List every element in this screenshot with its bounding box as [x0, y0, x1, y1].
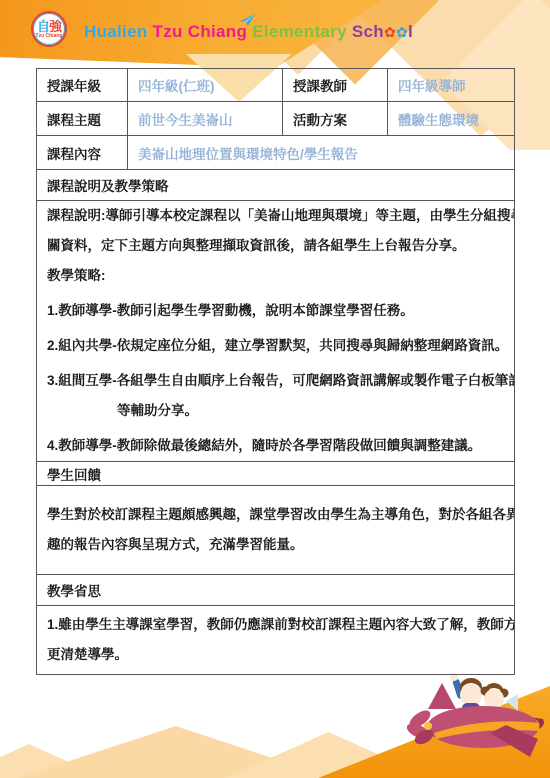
field-value-content: 美崙山地理位置與環境特色/學生報告 — [128, 136, 515, 170]
section-header-reflection: 教學省思 — [37, 575, 515, 606]
school-logo-icon: 自強 Tzu Chiang — [31, 11, 67, 47]
airplane-kids-illustration — [398, 667, 548, 762]
school-name-word: Tzu — [153, 22, 183, 41]
field-label-teacher: 授課教師 — [283, 69, 388, 102]
table-row: 授課年級 四年級(仁班) 授課教師 四年級導師 — [37, 69, 515, 102]
page: { "header": { "school_name": { "word1": … — [0, 0, 550, 778]
flower-icon: ✿ — [396, 24, 408, 40]
table-row: 學生回饋 — [37, 462, 515, 486]
school-name-word: Sch✿✿l — [352, 22, 413, 41]
flower-icon: ✿ — [384, 24, 396, 40]
field-label-grade: 授課年級 — [37, 69, 128, 102]
table-row: 1.雖由學生主導課室學習，教師仍應課前對校訂課程主題內容大致了解，教師方能 更清… — [37, 606, 515, 675]
section-header-strategy: 課程說明及教學策略 — [37, 170, 515, 201]
feedback-line: 趣的報告內容與呈現方式，充滿學習能量。 — [47, 530, 504, 560]
reflection-line: 更清楚導學。 — [47, 640, 504, 670]
table-row: 教學省思 — [37, 575, 515, 606]
strategy-line: 課程說明:導師引導本校定課程以「美崙山地理與環境」等主題，由學生分組搜尋相 — [47, 201, 504, 231]
school-logo-subtext: Tzu Chiang — [36, 33, 63, 39]
school-name: Hualien Tzu Chiang Elementary Sch✿✿l — [84, 22, 413, 42]
school-name-word: Elementary — [252, 22, 347, 41]
section-body-strategy: 課程說明:導師引導本校定課程以「美崙山地理與環境」等主題，由學生分組搜尋相 關資… — [37, 201, 515, 462]
strategy-line: 1.教師導學-教師引起學生學習動機，說明本節課堂學習任務。 — [47, 296, 504, 326]
section-header-feedback: 學生回饋 — [37, 462, 515, 486]
feedback-line: 學生對於校訂課程主題頗感興趣，課堂學習改由學生為主導角色，對於各組各異其 — [47, 500, 504, 530]
strategy-line: 關資料，定下主題方向與整理擷取資訊後，請各組學生上台報告分享。 — [47, 231, 504, 261]
field-label-content: 課程內容 — [37, 136, 128, 170]
strategy-line: 3.組間互學-各組學生自由順序上台報告，可爬網路資訊講解或製作電子白板筆記 — [47, 366, 504, 396]
school-name-word: Hualien — [84, 22, 148, 41]
section-body-feedback: 學生對於校訂課程主題頗感興趣，課堂學習改由學生為主導角色，對於各組各異其 趣的報… — [37, 486, 515, 575]
field-value-activity: 體驗生態環境 — [388, 102, 515, 136]
page-header: 自強 Tzu Chiang Hualien Tzu Chiang Element… — [0, 0, 550, 68]
school-logo-glyphs: 自強 — [37, 20, 61, 33]
strategy-line: 等輔助分享。 — [47, 396, 504, 426]
table-row: 課程說明:導師引導本校定課程以「美崙山地理與環境」等主題，由學生分組搜尋相 關資… — [37, 201, 515, 462]
field-label-topic: 課程主題 — [37, 102, 128, 136]
field-value-grade: 四年級(仁班) — [128, 69, 283, 102]
table-row: 課程內容 美崙山地理位置與環境特色/學生報告 — [37, 136, 515, 170]
table-row: 課程主題 前世今生美崙山 活動方案 體驗生態環境 — [37, 102, 515, 136]
section-body-reflection: 1.雖由學生主導課室學習，教師仍應課前對校訂課程主題內容大致了解，教師方能 更清… — [37, 606, 515, 675]
reflection-line: 1.雖由學生主導課室學習，教師仍應課前對校訂課程主題內容大致了解，教師方能 — [47, 610, 504, 640]
strategy-line: 4.教師導學-教師除做最後總結外，隨時於各學習階段做回饋與調整建議。 — [47, 431, 504, 461]
lesson-plan-table: 授課年級 四年級(仁班) 授課教師 四年級導師 課程主題 前世今生美崙山 活動方… — [36, 68, 515, 675]
paper-plane-icon — [238, 13, 256, 27]
field-value-teacher: 四年級導師 — [388, 69, 515, 102]
strategy-line: 2.組內共學-依規定座位分組，建立學習默契，共同搜尋與歸納整理網路資訊。 — [47, 331, 504, 361]
table-row: 學生對於校訂課程主題頗感興趣，課堂學習改由學生為主導角色，對於各組各異其 趣的報… — [37, 486, 515, 575]
table-row: 課程說明及教學策略 — [37, 170, 515, 201]
field-value-topic: 前世今生美崙山 — [128, 102, 283, 136]
strategy-line: 教學策略: — [47, 261, 504, 291]
field-label-activity: 活動方案 — [283, 102, 388, 136]
